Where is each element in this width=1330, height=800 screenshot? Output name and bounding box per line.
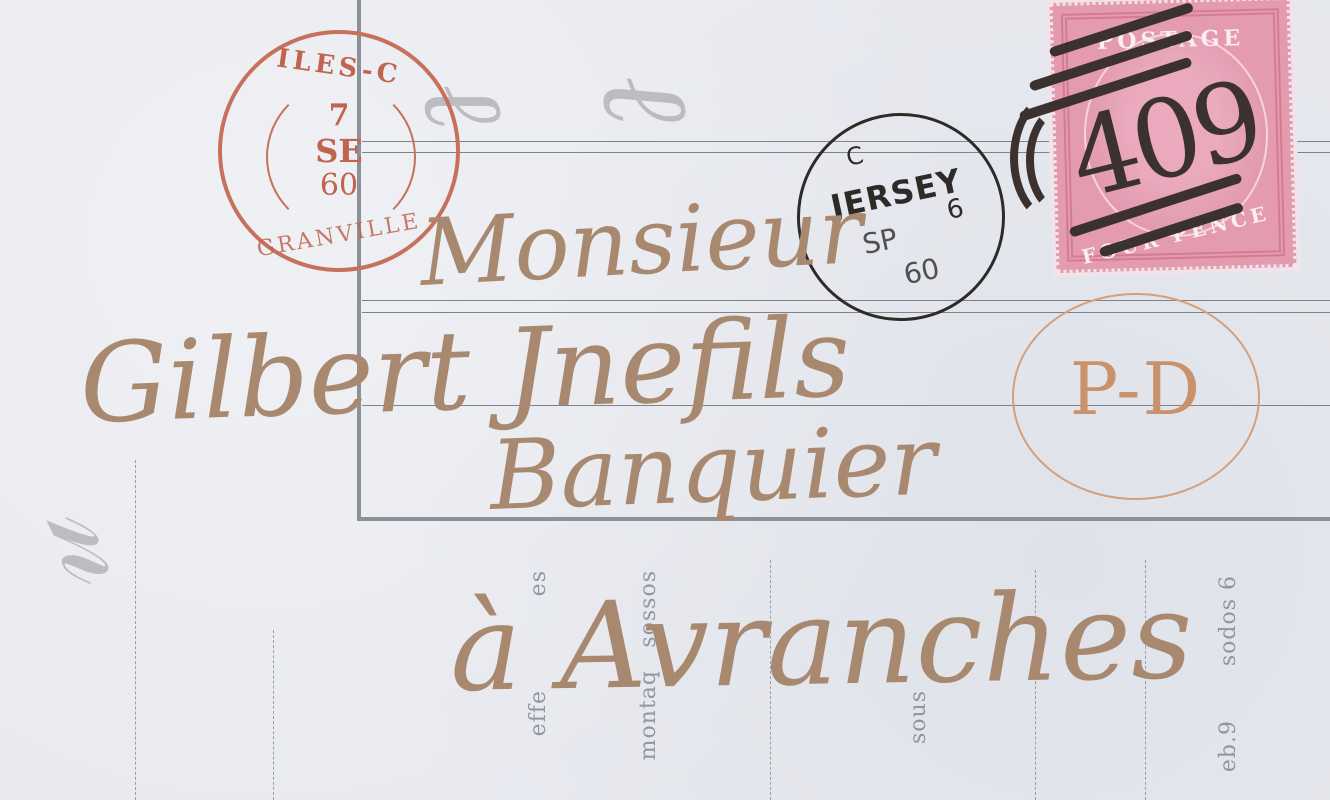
reverse-print-text: eb.9 — [1216, 720, 1241, 772]
reverse-print-text: sodos 6 — [1216, 575, 1241, 666]
address-line-city: à Avranches — [449, 567, 1194, 719]
postmark-code: C — [844, 141, 866, 172]
postmark-day: 7 — [222, 98, 456, 133]
address-line-occupation: Banquier — [488, 404, 938, 532]
cancel-arc — [1026, 104, 1102, 216]
numeral-cancel: 409 — [1010, 20, 1290, 260]
postmark-year: 60 — [901, 252, 943, 292]
postmark-month: SE — [222, 132, 456, 170]
paid-to-destination-mark: P-D — [1012, 293, 1260, 500]
postmark-year: 60 — [222, 168, 456, 203]
dotted-column-line — [273, 630, 274, 800]
pd-label: P-D — [1014, 347, 1258, 431]
postmark-month: SP — [860, 222, 901, 261]
